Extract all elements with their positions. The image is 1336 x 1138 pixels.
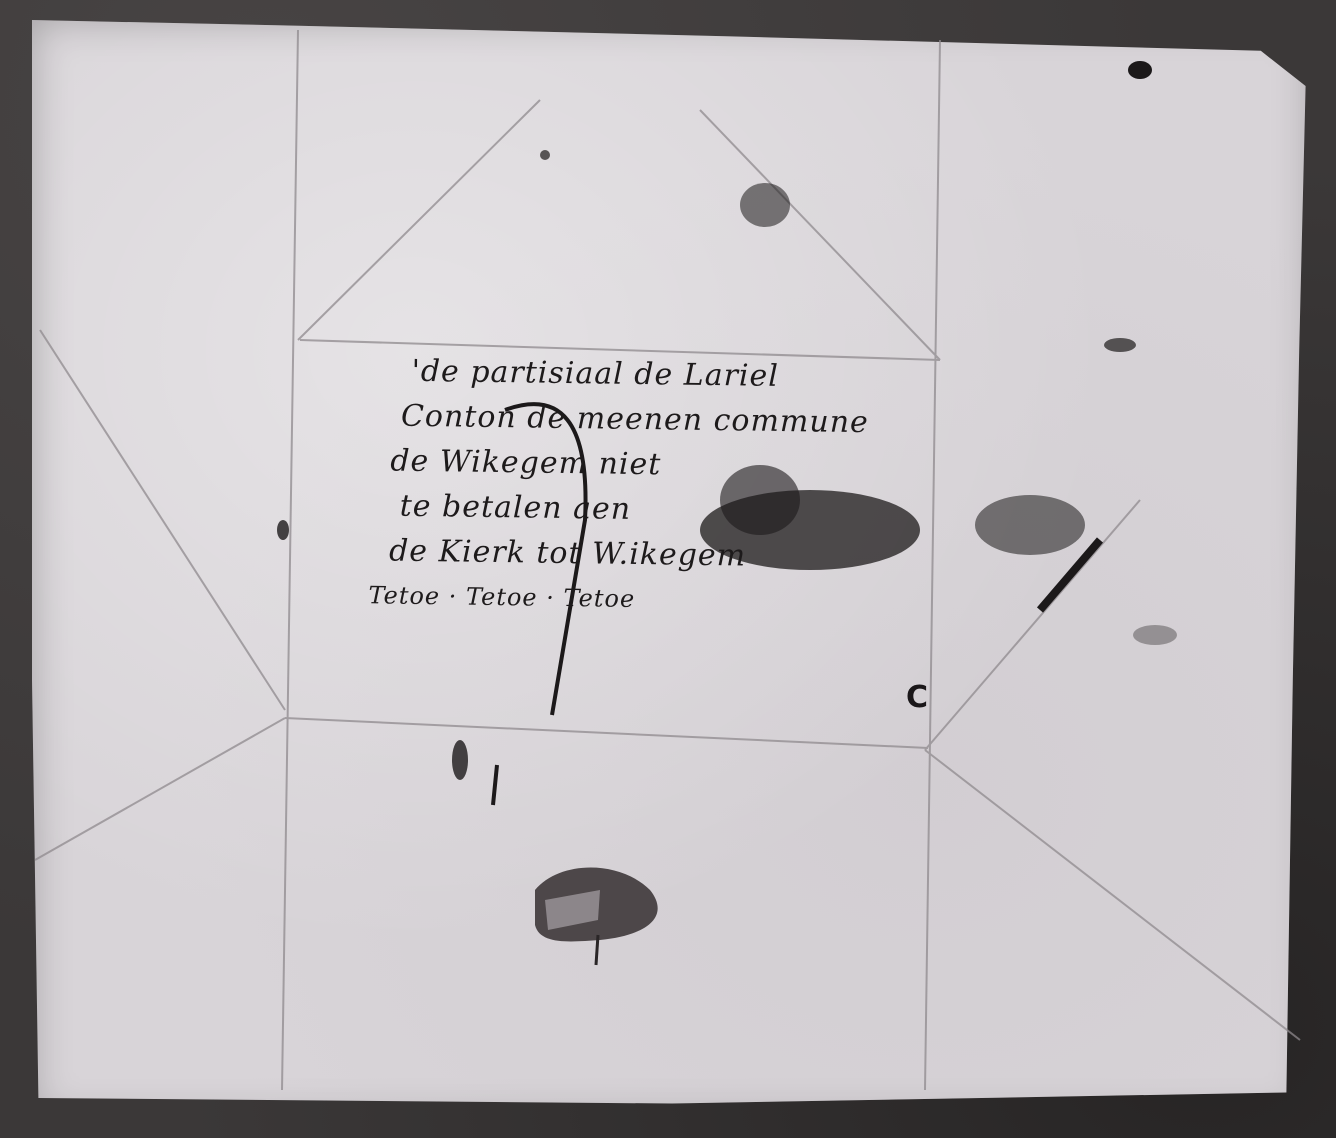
address-line: Tetoe · Tetoe · Tetoe xyxy=(358,573,919,626)
address-line: Conton de meenen commune xyxy=(361,393,922,446)
address-line: de Wikegem niet xyxy=(360,438,921,491)
address-line: 'de partisiaal de Lariel xyxy=(361,348,922,401)
corner-mark: C xyxy=(906,680,928,715)
address-line: de Kierk tot W.ikegem xyxy=(359,528,920,581)
handwritten-address: 'de partisiaal de Lariel Conton de meene… xyxy=(358,348,922,626)
address-line: te betalen aen xyxy=(359,483,920,536)
